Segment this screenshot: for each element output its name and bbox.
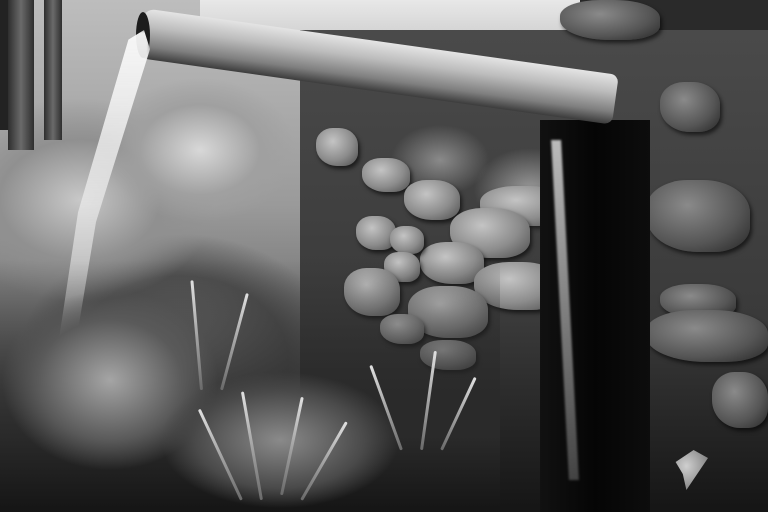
stone xyxy=(390,226,424,254)
foreground-plants xyxy=(0,260,500,512)
stone xyxy=(712,372,768,428)
stone xyxy=(560,0,660,40)
photograph xyxy=(0,0,768,512)
stone xyxy=(646,180,750,252)
stone xyxy=(646,310,768,362)
tree-trunk xyxy=(44,0,62,140)
stone xyxy=(316,128,358,166)
stone xyxy=(660,82,720,132)
tree-trunk xyxy=(8,0,34,150)
tree-trunk xyxy=(0,0,8,130)
stone xyxy=(404,180,460,220)
stone xyxy=(362,158,410,192)
